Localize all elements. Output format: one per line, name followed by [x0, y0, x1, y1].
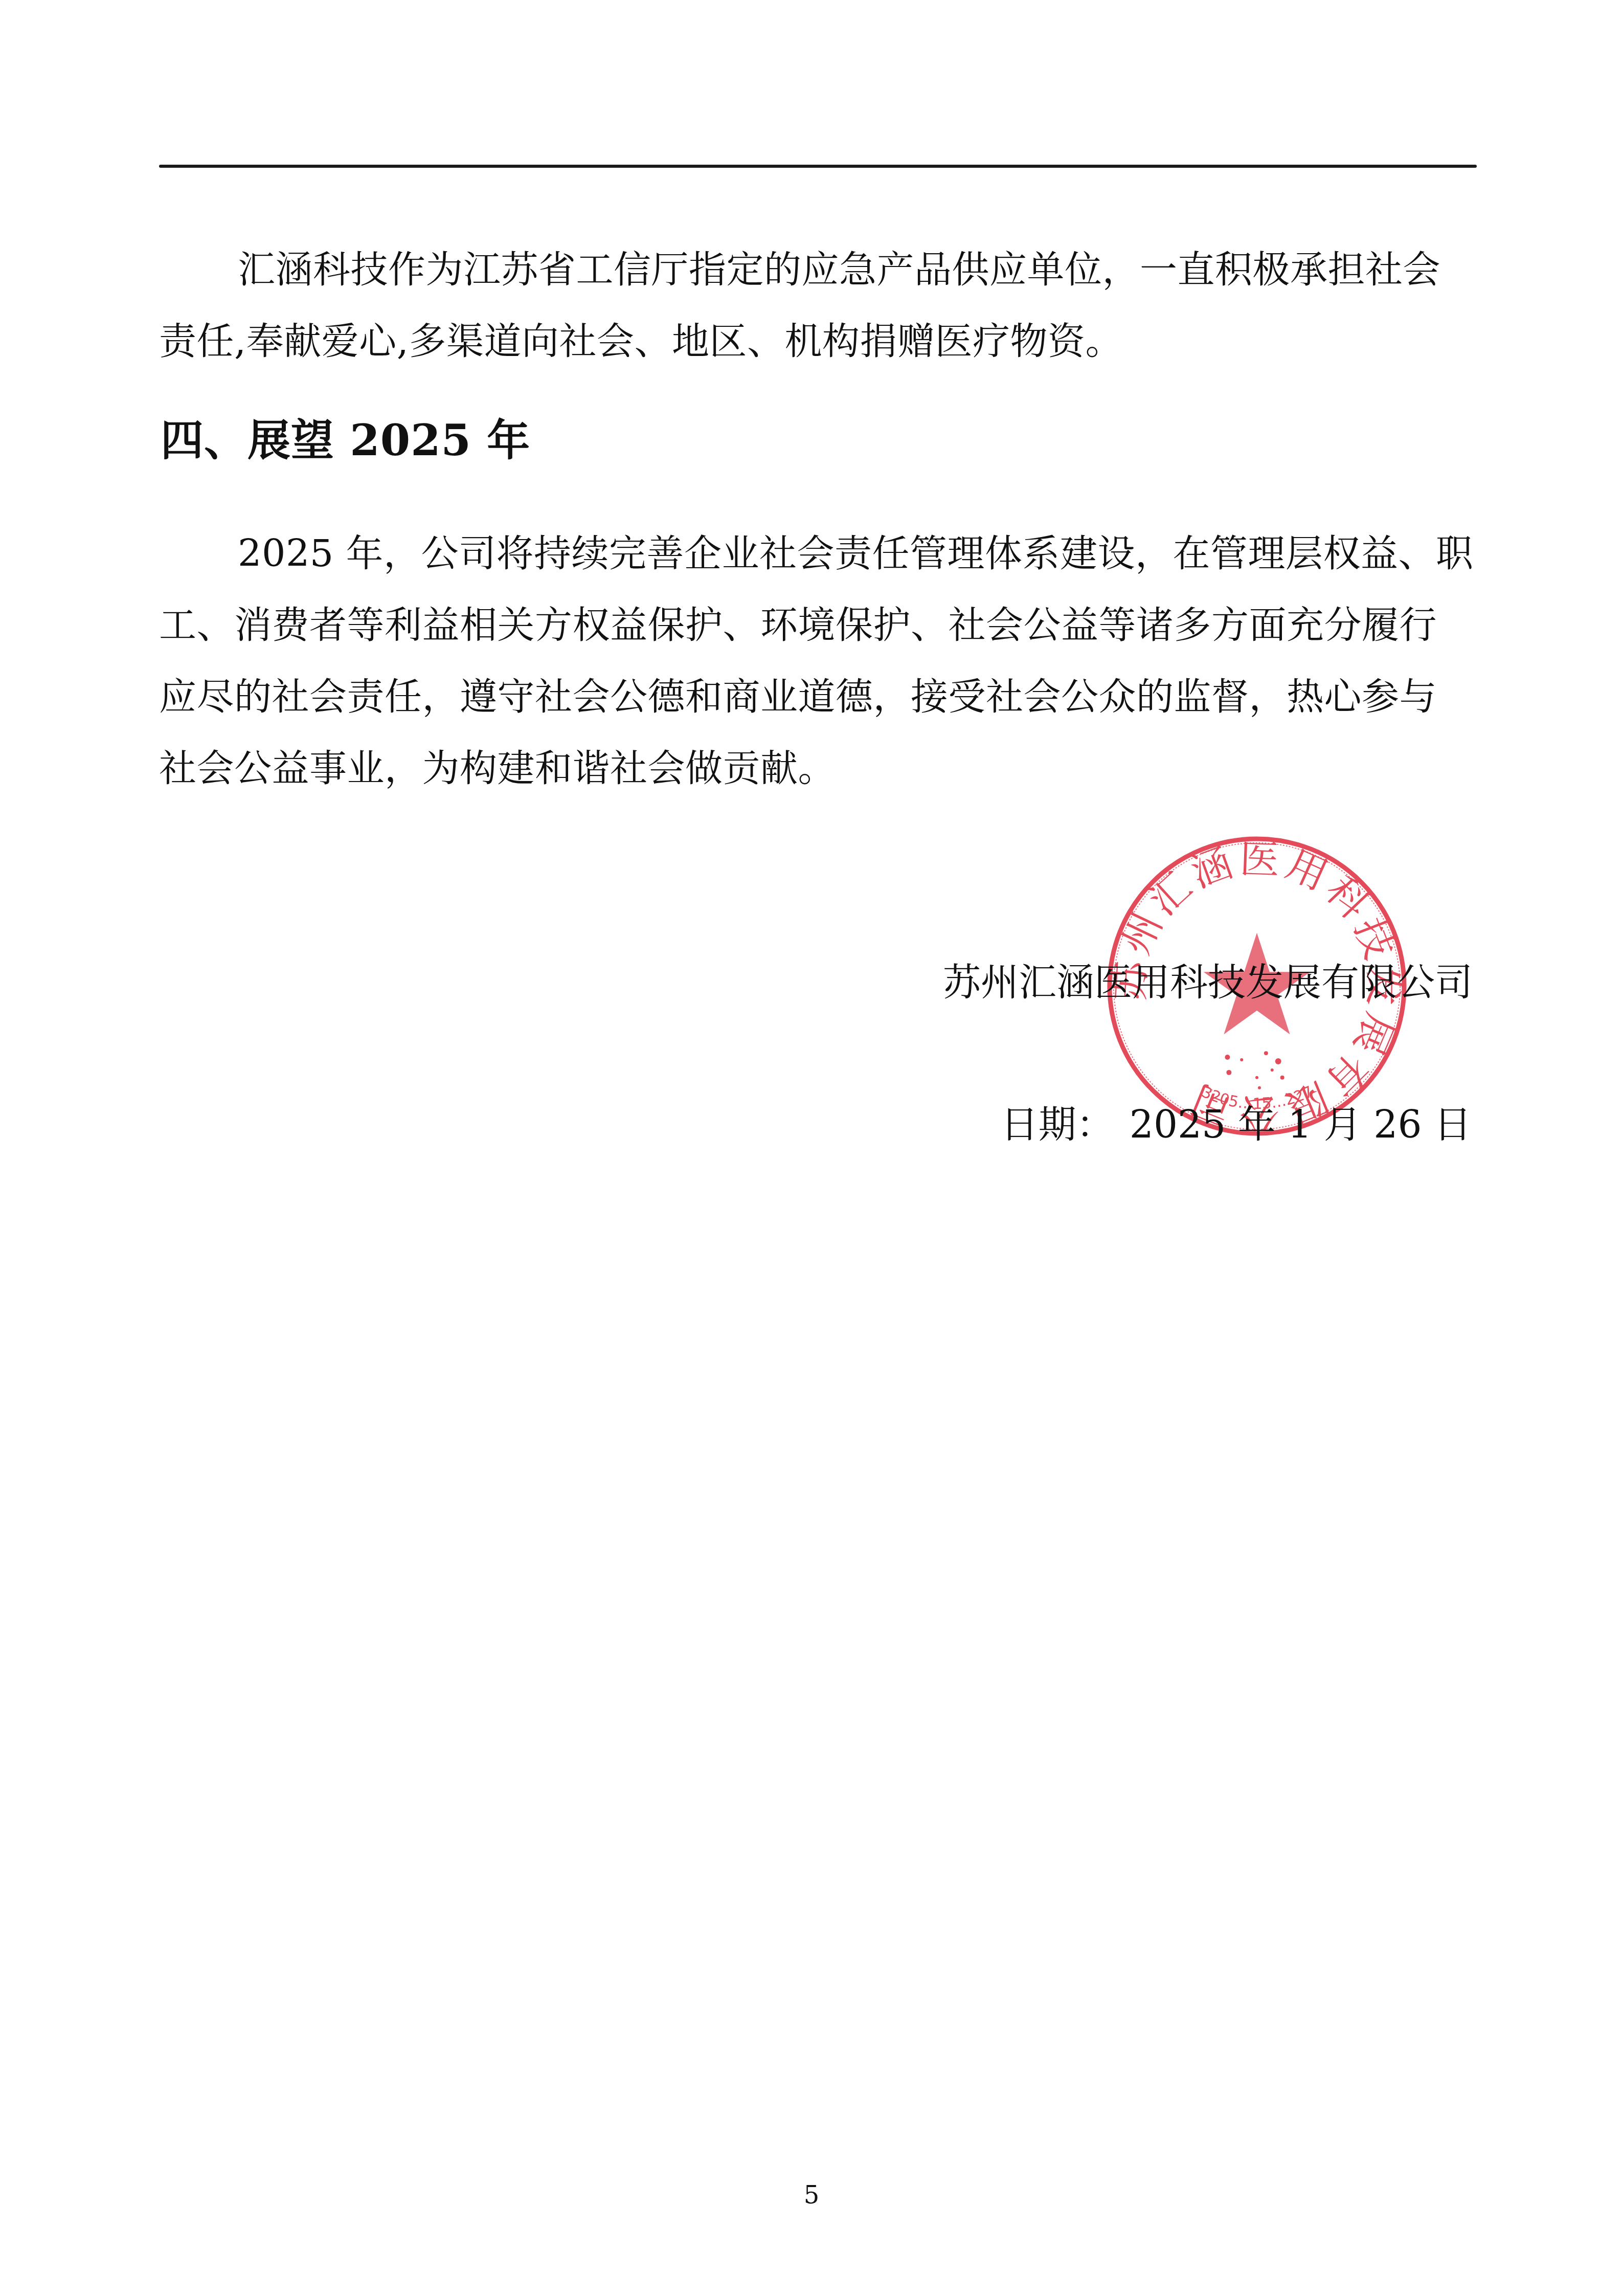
paragraph-line: 责任,奉献爱心,多渠道向社会、地区、机构捐赠医疗物资。 — [159, 306, 1473, 377]
signature-date: 日期：2025 年 1 月 26 日 — [1001, 1102, 1472, 1148]
paragraph-line: 2025 年，公司将持续完善企业社会责任管理体系建设，在管理层权益、职 — [159, 518, 1473, 590]
section-heading: 四、展望 2025 年 — [161, 412, 530, 469]
paragraph-outlook: 2025 年，公司将持续完善企业社会责任管理体系建设，在管理层权益、职 工、消费… — [159, 518, 1473, 805]
paragraph-donations: 汇涵科技作为江苏省工信厅指定的应急产品供应单位，一直积极承担社会 责任,奉献爱心… — [159, 234, 1473, 377]
paragraph-line: 社会公益事业，为构建和谐社会做贡献。 — [159, 733, 1473, 805]
date-value: 2025 年 1 月 26 日 — [1130, 1103, 1472, 1147]
signature-company-name: 苏州汇涵医用科技发展有限公司 — [943, 960, 1473, 1006]
header-rule — [159, 165, 1477, 168]
page-number: 5 — [0, 2180, 1623, 2211]
seal-dots — [1225, 1051, 1284, 1089]
date-label: 日期： — [1001, 1103, 1114, 1147]
paragraph-line: 工、消费者等利益相关方权益保护、环境保护、社会公益等诸多方面充分履行 — [159, 590, 1473, 661]
paragraph-line: 应尽的社会责任，遵守社会公德和商业道德，接受社会公众的监督，热心参与 — [159, 661, 1473, 733]
paragraph-line: 汇涵科技作为江苏省工信厅指定的应急产品供应单位，一直积极承担社会 — [159, 234, 1473, 306]
